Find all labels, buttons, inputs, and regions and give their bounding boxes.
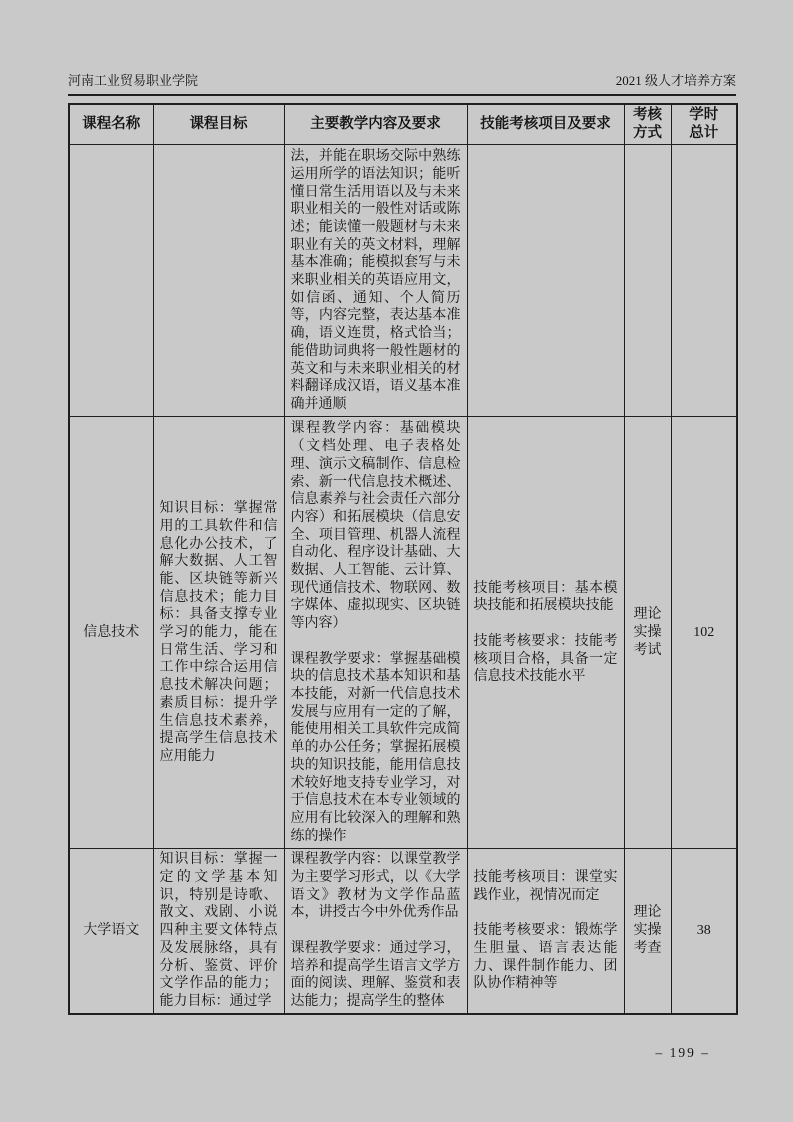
page-number: – 199 –	[68, 1045, 736, 1061]
cell-objectives: 知识目标：掌握一定的文学基本知识，特别是诗歌、散文、戏剧、小说四种主要文体特点及…	[153, 849, 284, 1014]
cell-assessment	[467, 145, 624, 417]
cell-objectives	[153, 145, 284, 417]
assessment-text: 技能考核项目：基本模块技能和拓展模块技能 技能考核要求：技能考核项目合格，具备一…	[474, 580, 618, 686]
course-name-text: 大学语文	[72, 922, 151, 940]
method-text: 理论 实操 考查	[627, 904, 669, 957]
col-header-method: 考核 方式	[624, 104, 671, 145]
cell-content: 课程教学内容：基础模块（文档处理、电子表格处理、演示文稿制作、信息检索、新一代信…	[284, 417, 467, 849]
course-name-text: 信息技术	[72, 624, 151, 642]
col-header-hours: 学时 总计	[671, 104, 737, 145]
col-header-course-name: 课程名称	[69, 104, 153, 145]
cell-course-name	[69, 145, 153, 417]
cell-course-name: 信息技术	[69, 417, 153, 849]
hours-text: 102	[674, 624, 735, 642]
cell-content: 课程教学内容：以课堂教学为主要学习形式，以《大学语文》教材为文学作品蓝本，讲授古…	[284, 849, 467, 1014]
page-header: 河南工业贸易职业学院 2021 级人才培养方案	[68, 70, 736, 96]
objectives-text: 知识目标：掌握常用的工具软件和信息化办公技术，了解大数据、人工智能、区块链等新兴…	[160, 500, 278, 766]
col-header-content: 主要教学内容及要求	[284, 104, 467, 145]
cell-assessment: 技能考核项目：课堂实践作业，视情况而定 技能考核要求：锻炼学生胆量、语言表达能力…	[467, 849, 624, 1014]
objectives-text: 知识目标：掌握一定的文学基本知识，特别是诗歌、散文、戏剧、小说四种主要文体特点及…	[160, 851, 278, 1010]
header-school-name: 河南工业贸易职业学院	[68, 70, 198, 89]
content-text: 课程教学内容：基础模块（文档处理、电子表格处理、演示文稿制作、信息检索、新一代信…	[291, 420, 461, 845]
table-header-row: 课程名称 课程目标 主要教学内容及要求 技能考核项目及要求 考核 方式 学时 总…	[69, 104, 737, 145]
document-page: 河南工业贸易职业学院 2021 级人才培养方案 课程名称 课程目标 主要教学内容…	[0, 0, 793, 1061]
content-text: 课程教学内容：以课堂教学为主要学习形式，以《大学语文》教材为文学作品蓝本，讲授古…	[291, 851, 461, 1010]
course-table: 课程名称 课程目标 主要教学内容及要求 技能考核项目及要求 考核 方式 学时 总…	[68, 103, 738, 1015]
cell-hours	[671, 145, 737, 417]
cell-content: 法，并能在职场交际中熟练运用所学的语法知识；能听懂日常生活用语以及与未来职业相关…	[284, 145, 467, 417]
header-plan-title: 2021 级人才培养方案	[616, 70, 736, 89]
method-text: 理论 实操 考试	[627, 606, 669, 659]
col-header-assessment: 技能考核项目及要求	[467, 104, 624, 145]
cell-method: 理论 实操 考试	[624, 417, 671, 849]
col-header-objectives: 课程目标	[153, 104, 284, 145]
cell-hours: 38	[671, 849, 737, 1014]
table-row: 法，并能在职场交际中熟练运用所学的语法知识；能听懂日常生活用语以及与未来职业相关…	[69, 145, 737, 417]
table-row: 大学语文 知识目标：掌握一定的文学基本知识，特别是诗歌、散文、戏剧、小说四种主要…	[69, 849, 737, 1014]
cell-hours: 102	[671, 417, 737, 849]
cell-course-name: 大学语文	[69, 849, 153, 1014]
content-text: 法，并能在职场交际中熟练运用所学的语法知识；能听懂日常生活用语以及与未来职业相关…	[291, 148, 461, 414]
assessment-text: 技能考核项目：课堂实践作业，视情况而定 技能考核要求：锻炼学生胆量、语言表达能力…	[474, 869, 618, 993]
cell-method: 理论 实操 考查	[624, 849, 671, 1014]
table-row: 信息技术 知识目标：掌握常用的工具软件和信息化办公技术，了解大数据、人工智能、区…	[69, 417, 737, 849]
hours-text: 38	[674, 922, 735, 940]
cell-objectives: 知识目标：掌握常用的工具软件和信息化办公技术，了解大数据、人工智能、区块链等新兴…	[153, 417, 284, 849]
cell-method	[624, 145, 671, 417]
cell-assessment: 技能考核项目：基本模块技能和拓展模块技能 技能考核要求：技能考核项目合格，具备一…	[467, 417, 624, 849]
